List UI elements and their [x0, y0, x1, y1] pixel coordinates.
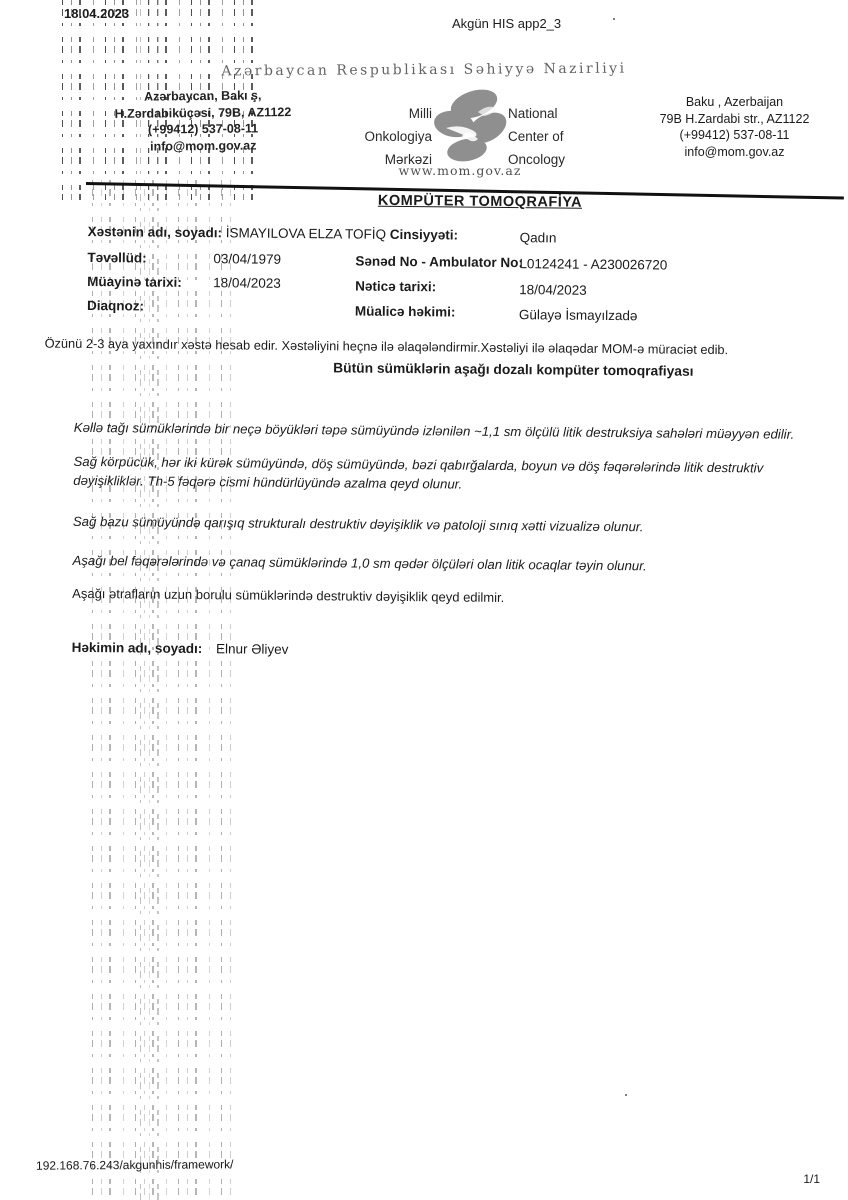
- procedure-title: Bütün sümüklərin aşağı dozalı kompüter t…: [0, 357, 848, 382]
- doctor-name-label: Həkimin adı, soyadı:: [72, 640, 203, 656]
- report-body: KOMPÜTER TOMOQRAFİYA Xəstənin adı, soyad…: [0, 0, 848, 1200]
- finding-paragraph: Kəllə tağı sümüklərində bir neçə böyüklə…: [74, 418, 834, 444]
- result-date-label: Nəticə tarixi:: [355, 279, 436, 295]
- exam-date-value: 18/04/2023: [213, 275, 281, 291]
- birth-date-label: Təvəllüd:: [87, 250, 146, 266]
- finding-paragraph: Aşağı bel fəqərələrində və çanaq sümüklə…: [72, 551, 832, 577]
- physician-value: Gülayə İsmayılzadə: [519, 307, 638, 323]
- finding-paragraph: Sağ körpücük, hər iki kürək sümüyündə, d…: [73, 452, 833, 497]
- result-date-value: 18/04/2023: [519, 282, 587, 298]
- finding-paragraph: Aşağı ətrafların uzun borulu sümüklərind…: [72, 584, 832, 610]
- scanned-report-page: 18.04.2023 Akgün HIS app2_3 Azərbaycan R…: [0, 0, 848, 1200]
- report-title: KOMPÜTER TOMOQRAFİYA: [0, 189, 848, 214]
- page-number: 1/1: [803, 1172, 820, 1186]
- doctor-name-value: Elnur Əliyev: [216, 641, 289, 657]
- patient-name-label: Xəstənin adı, soyadı:: [88, 224, 222, 240]
- patient-name-value: İSMAYILOVA ELZA TOFİQ: [226, 225, 386, 242]
- physician-label: Müalicə həkimi:: [355, 304, 456, 320]
- anamnesis-text: Özünü 2-3 aya yaxındır xəstə hesab edir.…: [45, 336, 815, 358]
- birth-date-value: 03/04/1979: [213, 251, 281, 267]
- footer-source-url: 192.168.76.243/akgunhis/framework/: [36, 1157, 234, 1172]
- patient-name-row: Xəstənin adı, soyadı: İSMAYILOVA ELZA TO…: [88, 224, 459, 243]
- finding-paragraph: Sağ bazu sümüyündə qarışıq strukturalı d…: [73, 512, 833, 538]
- gender-value: Qadın: [520, 230, 557, 245]
- document-no-label: Sənəd No - Ambulator No:: [355, 254, 523, 271]
- exam-date-label: Müayinə tarixi:: [87, 274, 182, 290]
- gender-label: Cinsiyyəti:: [390, 227, 458, 243]
- diagnosis-label: Diaqnoz:: [87, 298, 144, 314]
- document-no-value: L0124241 - A230026720: [519, 256, 667, 272]
- doctor-signature-row: Həkimin adı, soyadı: Elnur Əliyev: [72, 640, 289, 657]
